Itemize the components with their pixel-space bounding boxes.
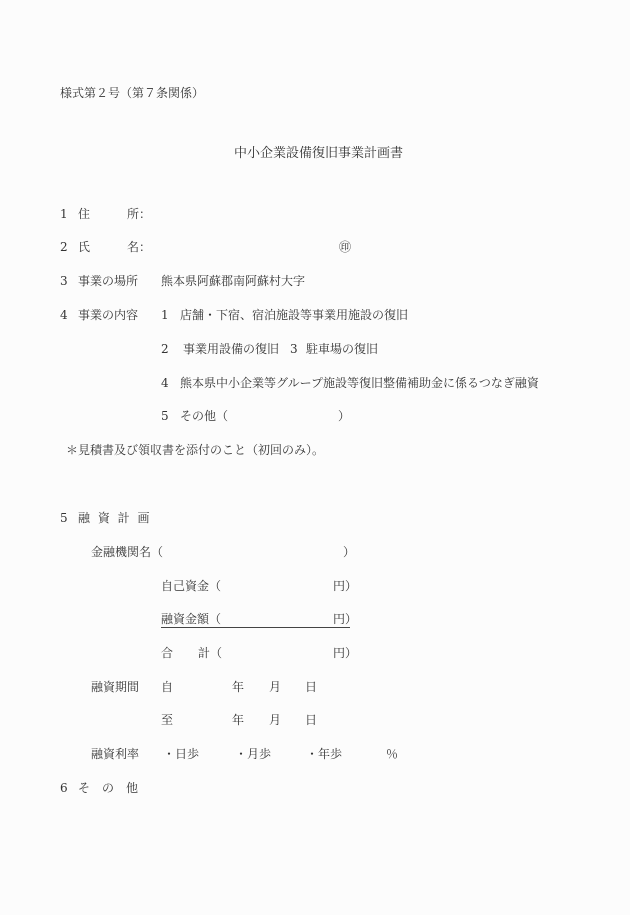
option-other[interactable]: その他（ <box>180 409 228 423</box>
item-number: 4 <box>60 308 68 322</box>
own-funds-yen: 円） <box>333 579 357 593</box>
item-number: 6 <box>60 781 68 795</box>
item-number: 3 <box>60 274 68 288</box>
option-number: 5 <box>161 409 169 423</box>
rate-label: 融資利率 <box>91 747 139 761</box>
option-number: 3 <box>290 342 298 356</box>
loan-amount-label: 融資金額（ <box>161 612 221 626</box>
address-label-b: 所： <box>127 207 151 221</box>
period-from-year: 年 <box>232 680 244 694</box>
own-funds-field[interactable] <box>220 579 325 593</box>
option-parking-restoration[interactable]: 駐車場の復旧 <box>306 342 378 356</box>
rate-percent: ％ <box>386 747 398 761</box>
option-facility-restoration[interactable]: 店舗・下宿、宿泊施設等事業用施設の復旧 <box>180 308 408 322</box>
loan-amount-row: 融資金額（ 円） <box>161 612 350 628</box>
institution-field[interactable] <box>160 545 340 559</box>
option-bridge-loan[interactable]: 熊本県中小企業等グループ施設等復旧整備補助金に係るつなぎ融資 <box>180 376 539 390</box>
location-value: 熊本県阿蘇郡南阿蘇村大字 <box>161 274 305 288</box>
period-label: 融資期間 <box>91 680 139 694</box>
name-label-b: 名： <box>127 240 151 254</box>
item-number: 5 <box>60 511 68 525</box>
total-label-b: 計（ <box>198 646 222 660</box>
name-label-a: 氏 <box>78 240 90 254</box>
rate-option-yearly[interactable]: ・年歩 <box>306 747 342 761</box>
loan-amount-yen: 円） <box>333 612 357 626</box>
item-number: 1 <box>60 207 68 221</box>
total-field[interactable] <box>220 646 325 660</box>
option-number: 4 <box>161 376 169 390</box>
option-equipment-restoration[interactable]: 事業用設備の復旧 <box>183 342 279 356</box>
institution-label: 金融機関名（ <box>91 545 163 559</box>
total-label-a: 合 <box>161 646 173 660</box>
period-to-month: 月 <box>269 713 281 727</box>
address-label-a: 住 <box>78 207 90 221</box>
total-yen: 円） <box>333 646 357 660</box>
period-from-month: 月 <box>269 680 281 694</box>
own-funds-label: 自己資金（ <box>161 579 221 593</box>
item-number: 2 <box>60 240 68 254</box>
form-label: 様式第２号（第７条関係） <box>60 86 204 100</box>
attachment-note: ＊見積書及び領収書を添付のこと（初回のみ）。 <box>66 443 324 457</box>
rate-option-monthly[interactable]: ・月歩 <box>235 747 271 761</box>
location-label: 事業の場所 <box>78 274 138 288</box>
period-to-label: 至 <box>161 713 173 727</box>
loan-amount-field[interactable] <box>221 612 326 626</box>
rate-option-daily[interactable]: ・日歩 <box>163 747 199 761</box>
option-number: 1 <box>161 308 169 322</box>
content-label: 事業の内容 <box>78 308 138 322</box>
other-heading: そ の 他 <box>78 781 138 795</box>
period-to-day: 日 <box>305 713 317 727</box>
financing-heading: 融 資 計 画 <box>78 511 151 525</box>
period-to-year: 年 <box>232 713 244 727</box>
name-field[interactable] <box>160 240 330 254</box>
seal-icon: ㊞ <box>339 240 351 254</box>
period-from-label: 自 <box>161 680 173 694</box>
document-title: 中小企業設備復旧事業計画書 <box>234 147 403 161</box>
address-field[interactable] <box>160 207 460 221</box>
period-from-day: 日 <box>305 680 317 694</box>
option-number: 2 <box>161 342 169 356</box>
option-other-close: ） <box>338 409 350 423</box>
institution-close: ） <box>343 545 355 559</box>
